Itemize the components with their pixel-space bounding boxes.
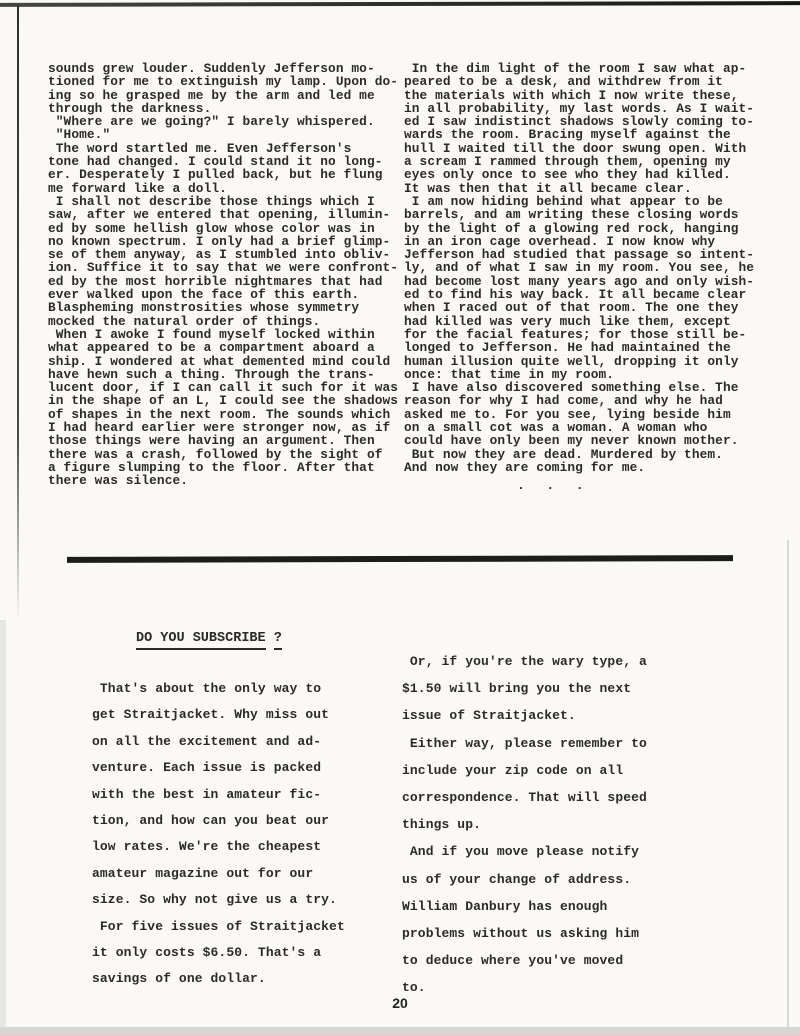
story-end-dots: . . . [517,478,586,493]
story-left-column: sounds grew louder. Suddenly Jefferson m… [48,62,398,488]
scan-left-margin-shadow [0,620,6,1035]
subscribe-right-column: Or, if you're the wary type, a $1.50 wil… [402,648,647,1002]
subscribe-heading-text: DO YOU SUBSCRIBE [136,631,266,650]
section-divider-rule [67,555,733,563]
scan-bottom-edge-shadow [0,1027,800,1035]
scan-top-edge-line [0,1,800,7]
scan-right-edge-line [787,540,789,1030]
subscribe-heading-question-mark: ? [274,631,282,650]
subscribe-heading: DO YOU SUBSCRIBE ? [136,631,282,646]
page-number: 20 [382,995,418,1011]
scanned-page: sounds grew louder. Suddenly Jefferson m… [0,0,800,1035]
subscribe-left-column: That's about the only way to get Straitj… [92,676,345,993]
scan-left-edge-line [17,5,19,620]
story-right-column: In the dim light of the room I saw what … [404,62,754,474]
